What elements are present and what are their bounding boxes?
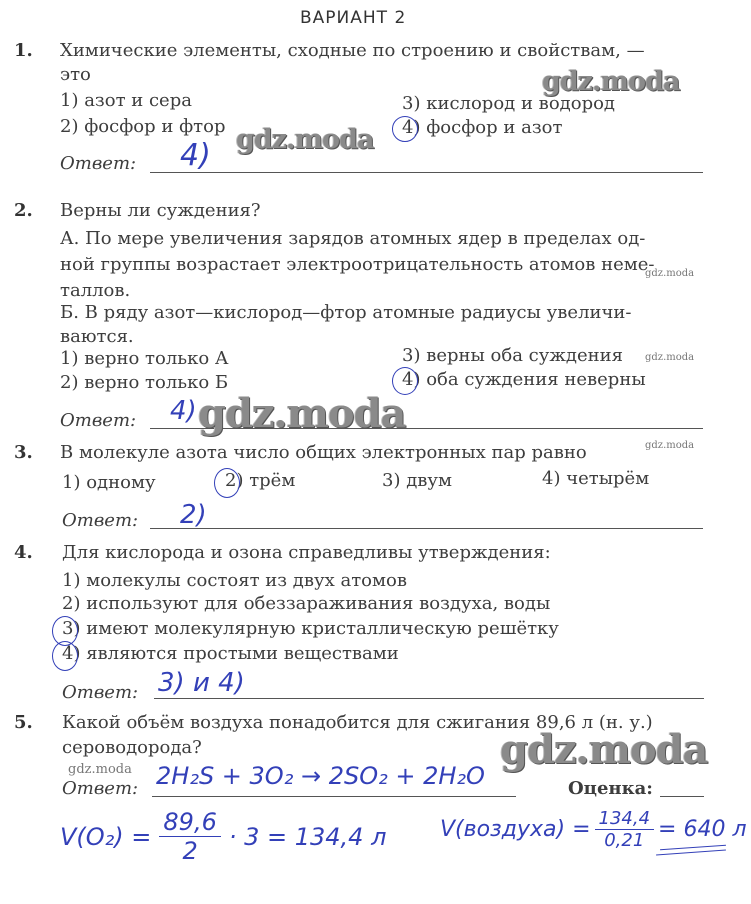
air-rhs: = 640 л xyxy=(658,817,746,842)
answer-label: Ответ: xyxy=(60,153,136,174)
question-text: сероводорода? xyxy=(62,737,202,758)
option-1: 1) одному xyxy=(62,472,156,493)
question-text: Верны ли суждения? xyxy=(60,200,261,221)
option-3: 3) двум xyxy=(382,470,452,491)
option-3: 3) имеют молекулярную кристаллическую ре… xyxy=(62,618,559,639)
statement-a: ной группы возрастает электроотрицательн… xyxy=(60,254,654,275)
question-text: Для кислорода и озона справедливы утверж… xyxy=(62,542,551,563)
watermark: gdz.moda xyxy=(500,726,707,773)
option-4: 4) четырём xyxy=(542,468,649,489)
watermark: gdz.moda xyxy=(542,66,679,97)
answer-label: Ответ: xyxy=(62,682,138,703)
watermark: gdz.moda xyxy=(645,352,694,363)
question-text: Химические элементы, сходные по строению… xyxy=(60,40,645,61)
watermark: gdz.moda xyxy=(68,762,132,777)
statement-b: ваются. xyxy=(60,326,134,347)
handwritten-answer: 4) xyxy=(170,396,197,426)
answer-line xyxy=(152,796,516,797)
question-number: 1. xyxy=(14,40,33,61)
option-4: 4) фосфор и азот xyxy=(402,117,562,138)
answer-label: Ответ: xyxy=(62,510,138,531)
air-lhs: V(воздуха) = xyxy=(440,817,591,842)
grade-label: Оценка: xyxy=(568,778,653,799)
statement-a: таллов. xyxy=(60,280,130,301)
answer-circle-mark xyxy=(214,468,240,498)
o2-fraction: 89,6 2 xyxy=(159,808,220,865)
answer-circle-mark xyxy=(52,641,78,671)
option-1: 1) молекулы состоят из двух атомов xyxy=(62,570,407,591)
handwritten-answer: 3) и 4) xyxy=(158,668,245,698)
question-number: 5. xyxy=(14,712,33,733)
option-4: 4) оба суждения неверны xyxy=(402,369,646,390)
statement-b: Б. В ряду азот—кислород—фтор атомные рад… xyxy=(60,302,631,323)
question-text: это xyxy=(60,64,91,85)
question-text: В молекуле азота число общих электронных… xyxy=(60,442,587,463)
handwritten-equation: 2H₂S + 3O₂ → 2SO₂ + 2H₂O xyxy=(156,762,485,790)
solution-o2: V(O₂) = 89,6 2 · 3 = 134,4 л xyxy=(60,808,386,865)
watermark: gdz.moda xyxy=(645,268,694,279)
question-number: 3. xyxy=(14,442,33,463)
option-1: 1) азот и сера xyxy=(60,90,192,111)
answer-line xyxy=(150,528,703,529)
option-3: 3) верны оба суждения xyxy=(402,345,623,366)
answer-label: Ответ: xyxy=(62,778,138,799)
answer-line xyxy=(154,698,704,699)
watermark: gdz.moda xyxy=(645,440,694,451)
grade-line xyxy=(660,796,704,797)
watermark: gdz.moda xyxy=(236,124,373,155)
watermark: gdz.moda xyxy=(198,390,405,437)
solution-air: V(воздуха) = 134,4 0,21 = 640 л xyxy=(440,808,747,851)
option-4: 4) являются простыми веществами xyxy=(62,643,399,664)
option-1: 1) верно только А xyxy=(60,348,229,369)
option-2: 2) фосфор и фтор xyxy=(60,116,226,137)
handwritten-answer: 4) xyxy=(180,138,211,173)
air-fraction: 134,4 0,21 xyxy=(595,808,655,851)
answer-label: Ответ: xyxy=(60,410,136,431)
o2-lhs: V(O₂) = xyxy=(60,823,151,851)
variant-title: ВАРИАНТ 2 xyxy=(300,8,406,28)
question-number: 2. xyxy=(14,200,33,221)
answer-circle-mark xyxy=(392,116,418,142)
question-number: 4. xyxy=(14,542,33,563)
handwritten-answer: 2) xyxy=(180,500,207,530)
o2-rhs: · 3 = 134,4 л xyxy=(229,823,387,851)
option-2: 2) используют для обеззараживания воздух… xyxy=(62,593,550,614)
statement-a: А. По мере увеличения зарядов атомных яд… xyxy=(60,228,645,249)
answer-line xyxy=(150,172,703,173)
